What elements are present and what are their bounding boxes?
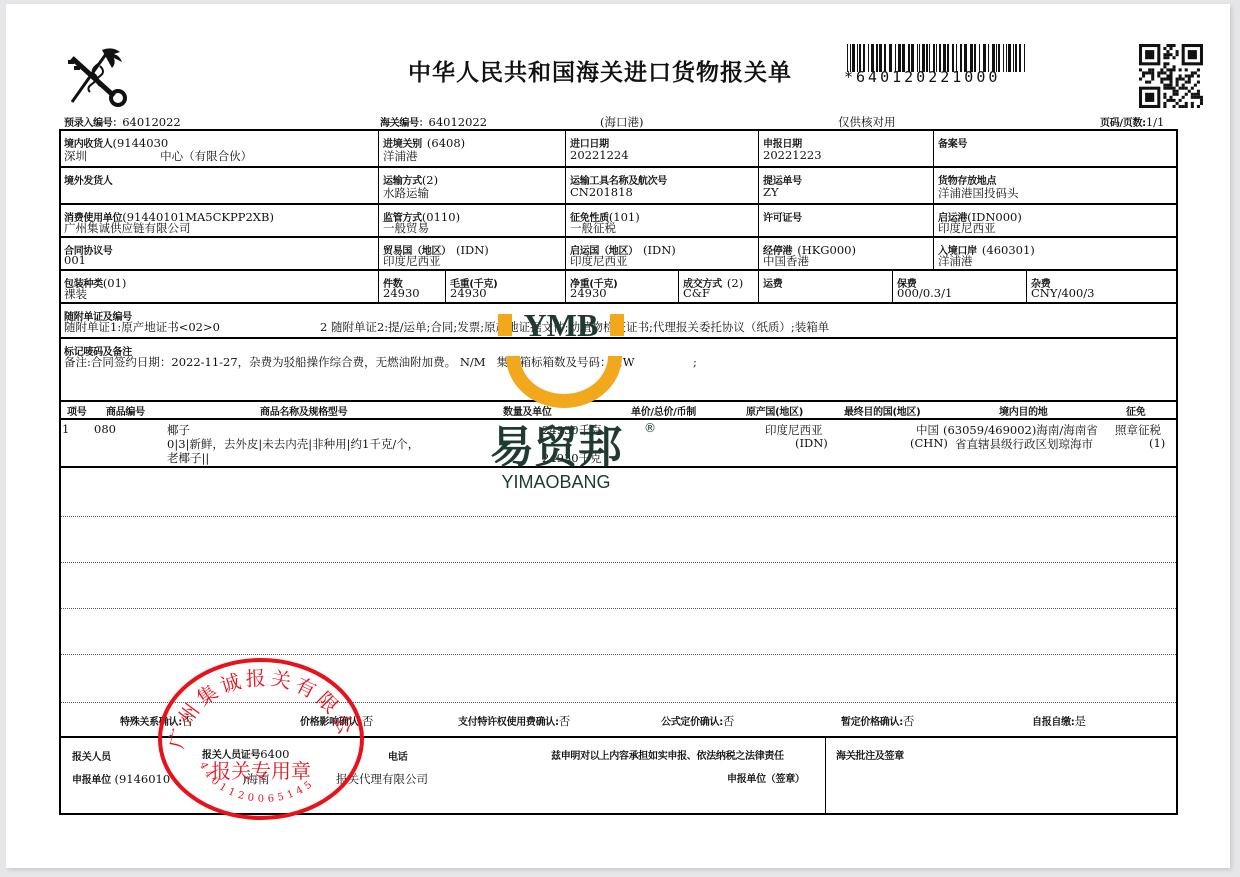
col-origin: 原产国(地区) <box>746 403 803 418</box>
broker-label: 报关人员 <box>72 748 111 763</box>
col-levy: 征免 <box>1126 403 1145 418</box>
field-bill-no: 提运单号 ZY <box>759 168 932 203</box>
phone-label: 电话 <box>388 748 407 763</box>
field-storage-place: 货物存放地点 洋浦港国投码头 <box>934 168 1176 203</box>
field-insurance: 保费 000/0.3/1 <box>893 271 1025 302</box>
field-supervision-mode: 监管方式(0110) 一般贸易 <box>379 205 564 236</box>
field-gross-weight: 毛重(千克) 24930 <box>446 271 564 302</box>
qr-code-icon <box>1139 44 1203 108</box>
field-import-date: 进口日期 20221224 <box>566 131 757 166</box>
field-net-weight: 净重(千克) 24930 <box>566 271 677 302</box>
confirm-royalty: 支付特许权使用费确认:否 <box>458 713 570 729</box>
field-trade-terms: 成交方式 (2) C&F <box>679 271 757 302</box>
field-vessel: 运输工具名称及航次号 CN201818 <box>566 168 757 203</box>
col-quantity: 数量及单位 <box>503 403 552 418</box>
confirm-self-pay: 自报自缴:是 <box>1032 713 1086 729</box>
col-price: 单价/总价/币制 <box>631 403 696 418</box>
col-domestic-dest: 境内目的地 <box>999 403 1048 418</box>
field-entry-customs: 进境关别 (6408) 洋浦港 <box>379 131 564 166</box>
field-transit-port: 经停港 (HKG000) 中国香港 <box>759 238 932 269</box>
field-contract-no: 合同协议号 001 <box>60 238 377 269</box>
page-indicator: 页码/页数:1/1 <box>1100 114 1164 129</box>
declarant-sign-label: 申报单位（签章） <box>727 770 805 785</box>
field-departure-port: 启运港(IDN000) 印度尼西亚 <box>934 205 1176 236</box>
barcode-text: *640120221000 <box>844 68 1000 86</box>
field-misc-fee: 杂费 CNY/400/3 <box>1027 271 1176 302</box>
pre-entry-number: 预录入编号：64012022 <box>64 114 181 129</box>
customs-declaration-page: 中华人民共和国海关进口货物报关单 *640120221000 预录入编号：640… <box>6 4 1230 868</box>
field-pieces: 件数 24930 <box>379 271 444 302</box>
declaration-statement: 兹申明对以上内容承担如实申报、依法纳税之法律责任 <box>551 747 784 762</box>
field-consignee: 境内收货人(9144030 深圳 中心（有限合伙） <box>60 131 377 166</box>
field-record-no: 备案号 <box>934 131 1176 166</box>
field-attached-docs: 随附单证及编号 随附单证1:原产地证书<02>0 2 随附单证2:提/运单;合同… <box>60 304 1176 337</box>
svg-text:广州集诚报关有限公司: 广州集诚报关有限公司 <box>156 654 360 751</box>
field-tax-nature: 征免性质(101) 一般征税 <box>566 205 757 236</box>
field-trade-country: 贸易国（地区） (IDN) 印度尼西亚 <box>379 238 564 269</box>
customs-emblem-icon <box>62 44 132 108</box>
customs-annotation-label: 海关批注及签章 <box>836 747 904 762</box>
field-consumer-unit: 消费使用单位(91440101MA5CKPP2XB) 广州集诚供应链有限公司 <box>60 205 377 236</box>
field-entry-port: 入境口岸 (460301) 洋浦港 <box>934 238 1176 269</box>
confirm-provisional-price: 暂定价格确认:否 <box>841 713 914 729</box>
field-origin-country: 启运国（地区） (IDN) 印度尼西亚 <box>566 238 757 269</box>
page-title: 中华人民共和国海关进口货物报关单 <box>408 54 792 87</box>
col-item-no: 项号 <box>67 403 86 418</box>
field-license-no: 许可证号 <box>759 205 932 236</box>
field-declare-date: 申报日期 20221223 <box>759 131 932 166</box>
col-hs-code: 商品编号 <box>106 403 145 418</box>
customs-number: 海关编号：64012022 <box>380 114 487 129</box>
field-freight: 运费 <box>759 271 891 302</box>
customs-broker-stamp: 广州集诚报关有限公司 报关专用章 4401120065145 <box>156 654 366 822</box>
port-name: (海口港) <box>600 114 643 130</box>
field-overseas-shipper: 境外发货人 <box>60 168 377 203</box>
col-name-spec: 商品名称及规格型号 <box>260 403 347 418</box>
verify-note: 仅供核对用 <box>838 114 896 130</box>
field-transport-mode: 运输方式(2) 水路运输 <box>379 168 564 203</box>
field-package-type: 包装种类(01) 裸装 <box>60 271 377 302</box>
col-dest-country: 最终目的国(地区) <box>844 403 920 418</box>
confirm-formula-pricing: 公式定价确认:否 <box>661 713 734 729</box>
svg-text:报关专用章: 报关专用章 <box>211 759 311 783</box>
field-marks-remarks: 标记唛码及备注 备注:合同签约日期：2022-11-27，杂费为驳船操作综合费，… <box>60 339 1176 400</box>
